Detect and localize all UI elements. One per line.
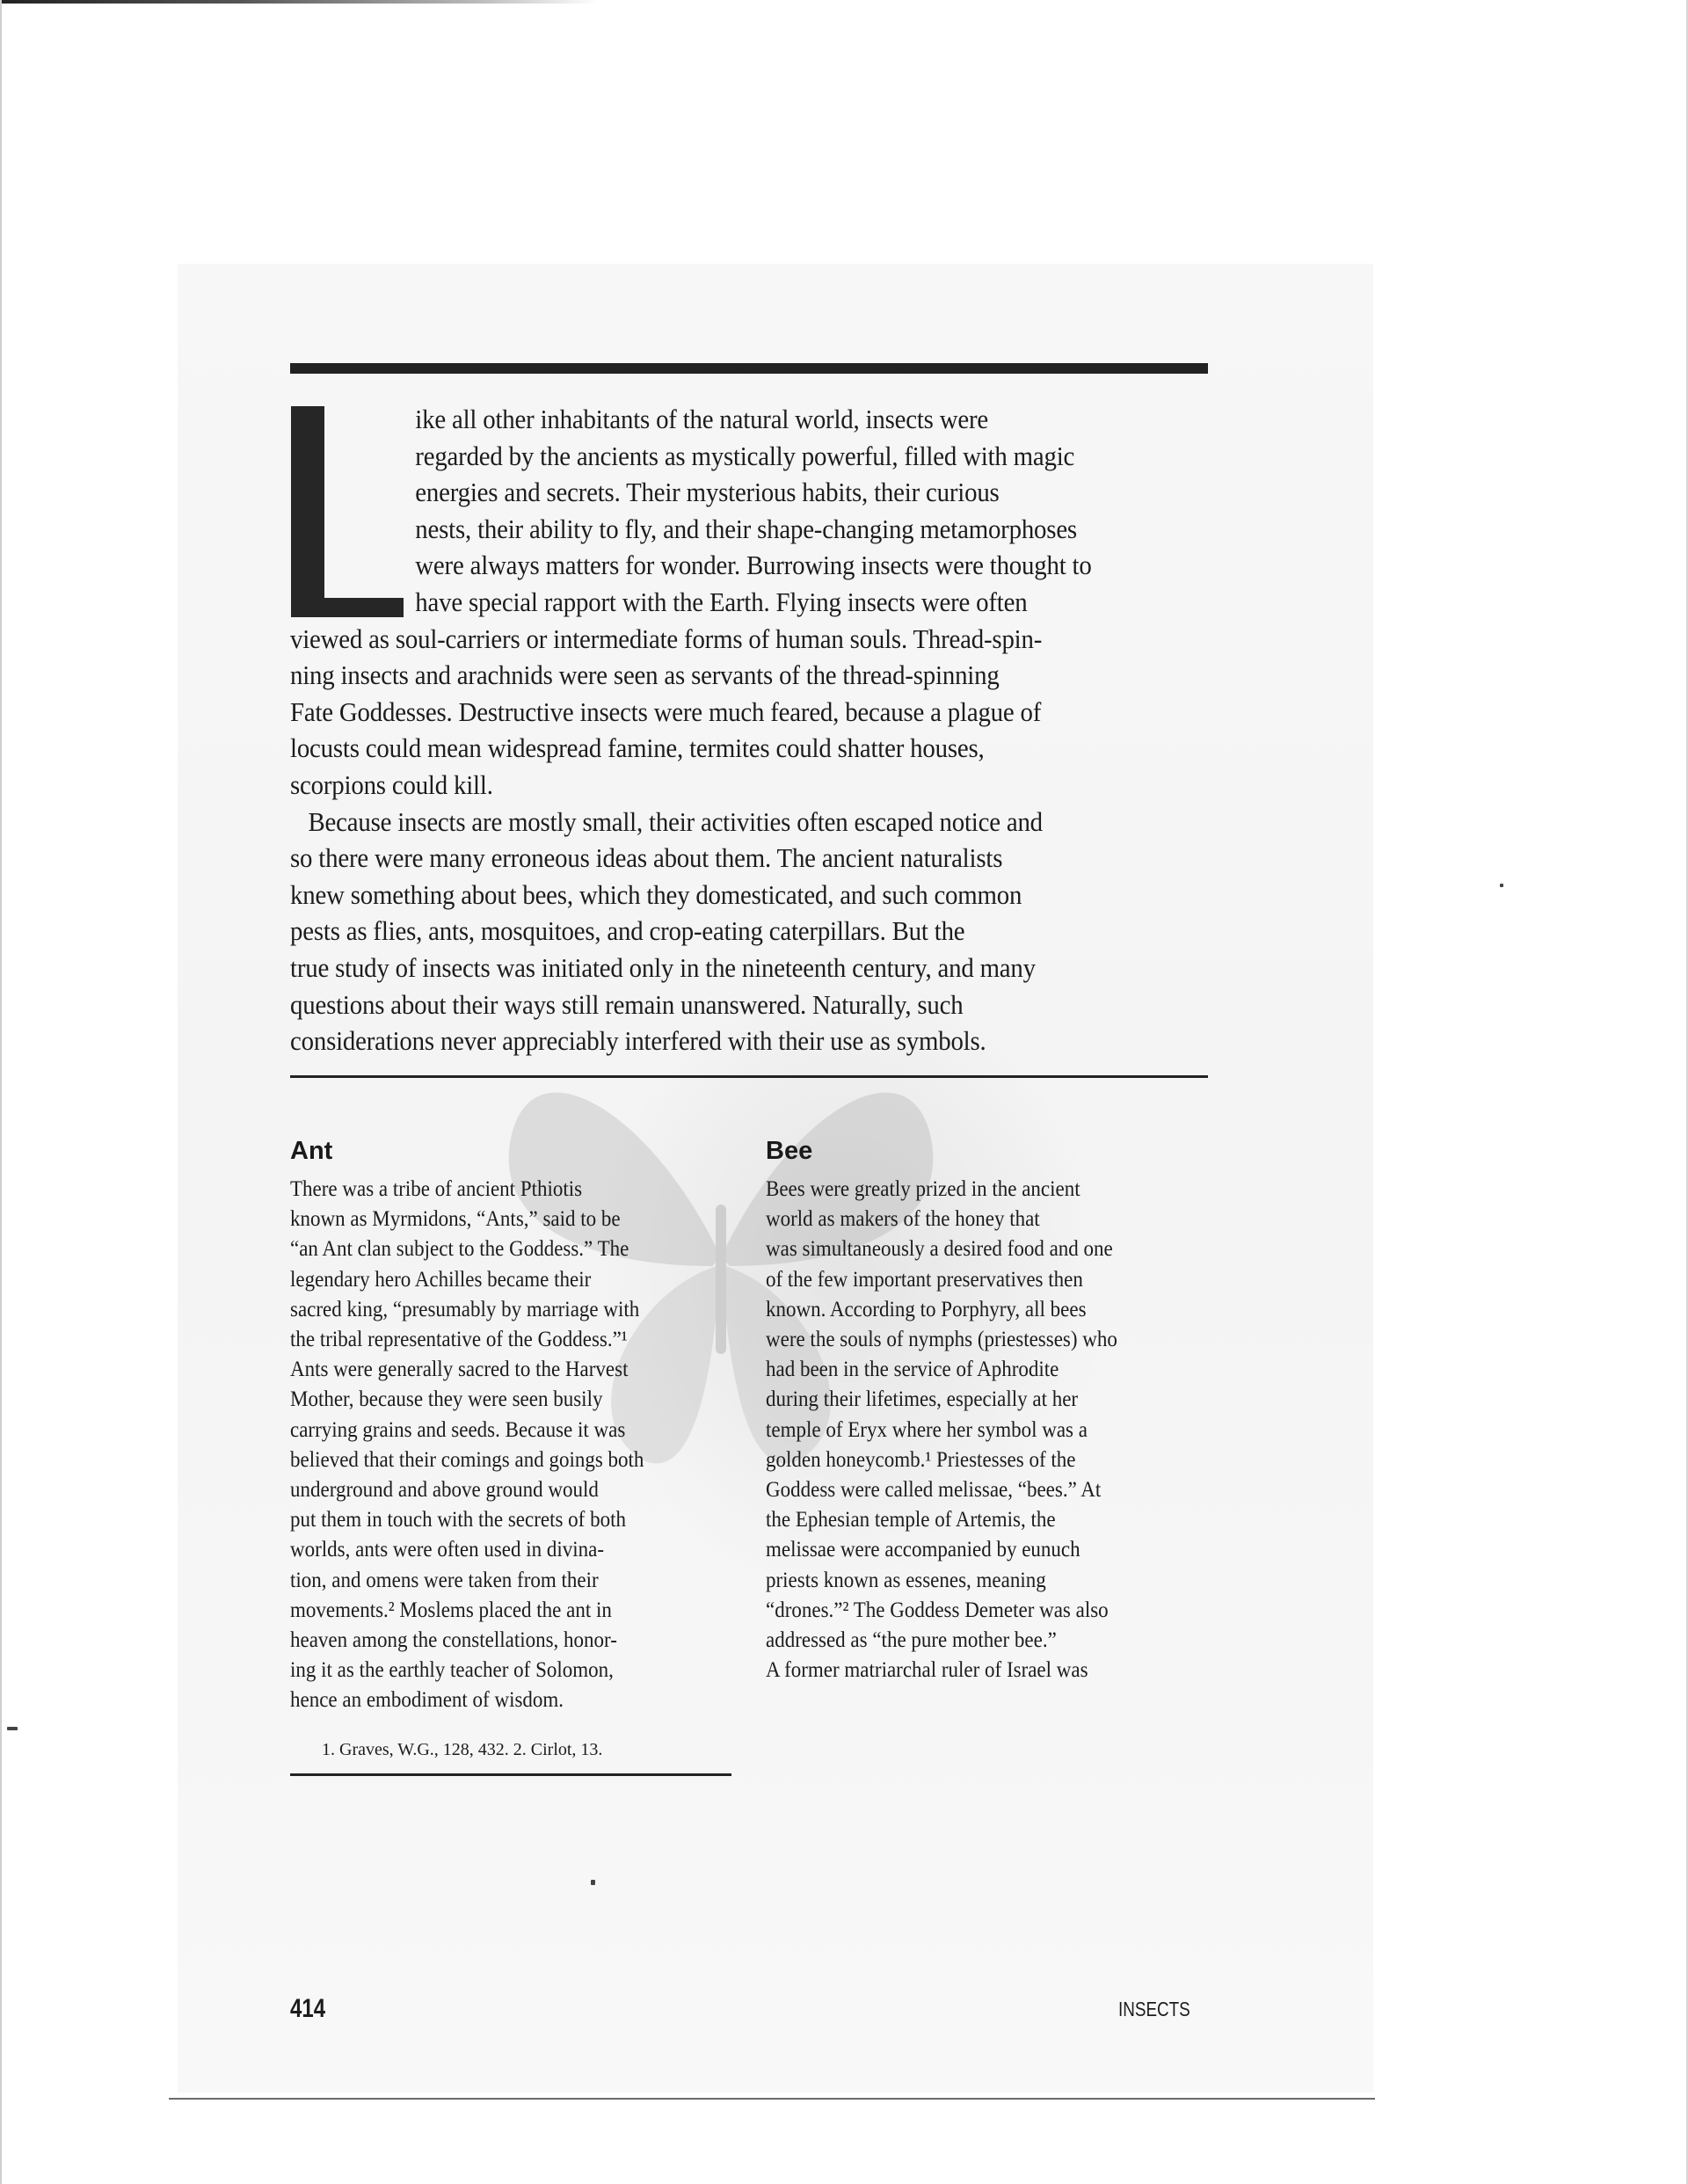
ant-line: There was a tribe of ancient Pthiotis <box>290 1175 710 1205</box>
intro-line: so there were many erroneous ideas about… <box>290 840 1149 877</box>
ant-line: worlds, ants were often used in divina- <box>290 1535 710 1565</box>
intro-line: ning insects and arachnids were seen as … <box>290 657 1149 694</box>
intro-line: nests, their ability to fly, and their s… <box>290 511 1149 548</box>
intro-line: pests as flies, ants, mosquitoes, and cr… <box>290 913 1149 950</box>
bee-line: had been in the service of Aphrodite <box>766 1355 1186 1385</box>
bee-line: golden honeycomb.¹ Priestesses of the <box>766 1445 1186 1475</box>
entry-heading-bee: Bee <box>766 1136 1223 1166</box>
bee-line: addressed as “the pure mother bee.” <box>766 1626 1186 1656</box>
section-rule <box>290 1075 1208 1078</box>
bee-line: Bees were greatly prized in the ancient <box>766 1175 1186 1205</box>
intro-line: Because insects are mostly small, their … <box>290 804 1149 841</box>
ant-line: movements.² Moslems placed the ant in <box>290 1596 710 1626</box>
ant-line: the tribal representative of the Goddess… <box>290 1325 710 1355</box>
ant-line: “an Ant clan subject to the Goddess.” Th… <box>290 1234 710 1264</box>
intro-line: true study of insects was initiated only… <box>290 950 1149 986</box>
intro-line: knew something about bees, which they do… <box>290 877 1149 914</box>
intro-line: ike all other inhabitants of the natural… <box>290 401 1149 438</box>
intro-line: have special rapport with the Earth. Fly… <box>290 584 1149 621</box>
top-rule <box>290 363 1208 374</box>
footnote-rule <box>290 1773 731 1776</box>
ant-line: put them in touch with the secrets of bo… <box>290 1505 710 1535</box>
scan-speck <box>591 1880 595 1885</box>
page-number: 414 <box>290 1994 325 2024</box>
bee-line: was simultaneously a desired food and on… <box>766 1234 1186 1264</box>
ant-line: tion, and omens were taken from their <box>290 1566 710 1596</box>
intro-line: locusts could mean widespread famine, te… <box>290 730 1149 767</box>
entry-body-ant: There was a tribe of ancient Pthiotis kn… <box>290 1175 710 1716</box>
intro-line: considerations never appreciably interfe… <box>290 1023 1149 1059</box>
intro-line: regarded by the ancients as mystically p… <box>290 438 1149 475</box>
bee-line: during their lifetimes, especially at he… <box>766 1385 1186 1415</box>
bee-line: temple of Eryx where her symbol was a <box>766 1416 1186 1445</box>
scan-speck <box>7 1727 18 1730</box>
ant-line: known as Myrmidons, “Ants,” said to be <box>290 1205 710 1234</box>
bee-line: known. According to Porphyry, all bees <box>766 1295 1186 1325</box>
ant-line: legendary hero Achilles became their <box>290 1265 710 1295</box>
intro-line: questions about their ways still remain … <box>290 986 1149 1023</box>
bee-line: melissae were accompanied by eunuch <box>766 1535 1186 1565</box>
bottom-rule <box>169 2098 1375 2100</box>
bee-line: A former matriarchal ruler of Israel was <box>766 1656 1186 1685</box>
bee-line: priests known as essenes, meaning <box>766 1566 1186 1596</box>
bee-line: were the souls of nymphs (priestesses) w… <box>766 1325 1186 1355</box>
entry-body-bee: Bees were greatly prized in the ancient … <box>766 1175 1186 1685</box>
ant-line: carrying grains and seeds. Because it wa… <box>290 1416 710 1445</box>
entry-bee: Bee Bees were greatly prized in the anci… <box>766 1136 1223 1685</box>
ant-line: ing it as the earthly teacher of Solomon… <box>290 1656 710 1685</box>
intro-line: energies and secrets. Their mysterious h… <box>290 474 1149 511</box>
ant-line: hence an embodiment of wisdom. <box>290 1685 710 1715</box>
scan-speck <box>1500 884 1503 887</box>
scan-left-edge <box>0 0 2 2184</box>
intro-line: Fate Goddesses. Destructive insects were… <box>290 694 1149 731</box>
intro-text: ike all other inhabitants of the natural… <box>290 401 1149 1059</box>
ant-line: underground and above ground would <box>290 1475 710 1505</box>
footnotes: 1. Graves, W.G., 128, 432. 2. Cirlot, 13… <box>322 1738 602 1761</box>
ant-line: believed that their comings and goings b… <box>290 1445 710 1475</box>
ant-line: sacred king, “presumably by marriage wit… <box>290 1295 710 1325</box>
bee-line: world as makers of the honey that <box>766 1205 1186 1234</box>
bee-line: Goddess were called melissae, “bees.” At <box>766 1475 1186 1505</box>
intro-line: viewed as soul-carriers or intermediate … <box>290 621 1149 658</box>
entry-heading-ant: Ant <box>290 1136 747 1166</box>
intro-line: were always matters for wonder. Burrowin… <box>290 547 1149 584</box>
bee-line: “drones.”² The Goddess Demeter was also <box>766 1596 1186 1626</box>
ant-line: heaven among the constellations, honor- <box>290 1626 710 1656</box>
ant-line: Ants were generally sacred to the Harves… <box>290 1355 710 1385</box>
bee-line: the Ephesian temple of Artemis, the <box>766 1505 1186 1535</box>
entry-ant: Ant There was a tribe of ancient Pthioti… <box>290 1136 747 1716</box>
intro-line: scorpions could kill. <box>290 767 1149 804</box>
scan-top-edge <box>0 0 598 4</box>
ant-line: Mother, because they were seen busily <box>290 1385 710 1415</box>
bee-line: of the few important preservatives then <box>766 1265 1186 1295</box>
running-head: INSECTS <box>1118 1998 1190 2021</box>
